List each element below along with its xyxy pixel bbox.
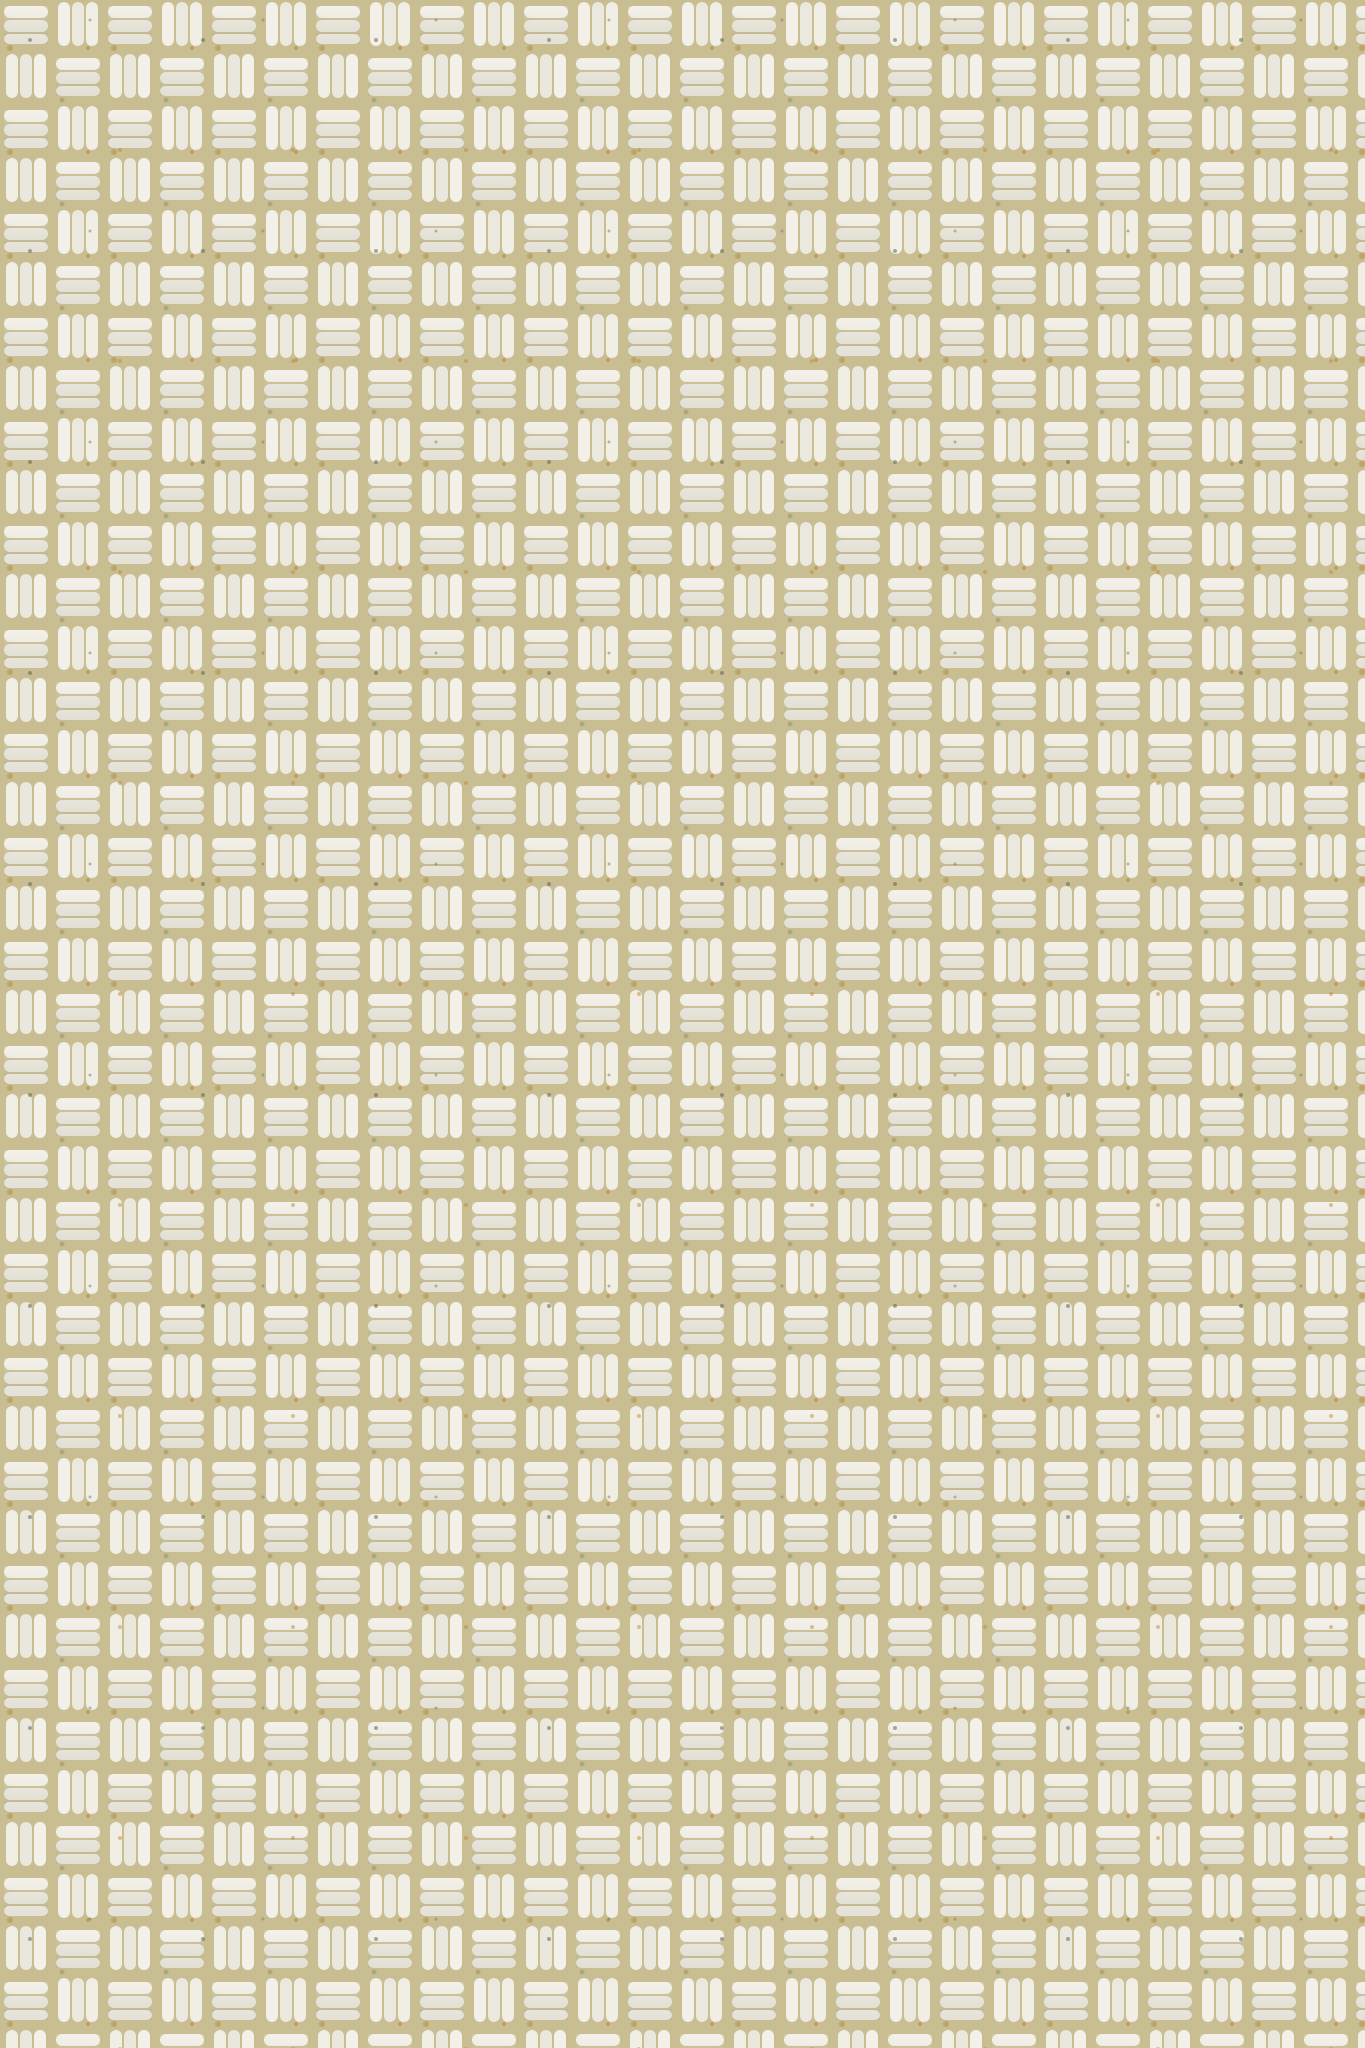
woven-fabric-texture xyxy=(0,0,1365,2048)
basket-weave-pattern xyxy=(0,0,1365,2048)
